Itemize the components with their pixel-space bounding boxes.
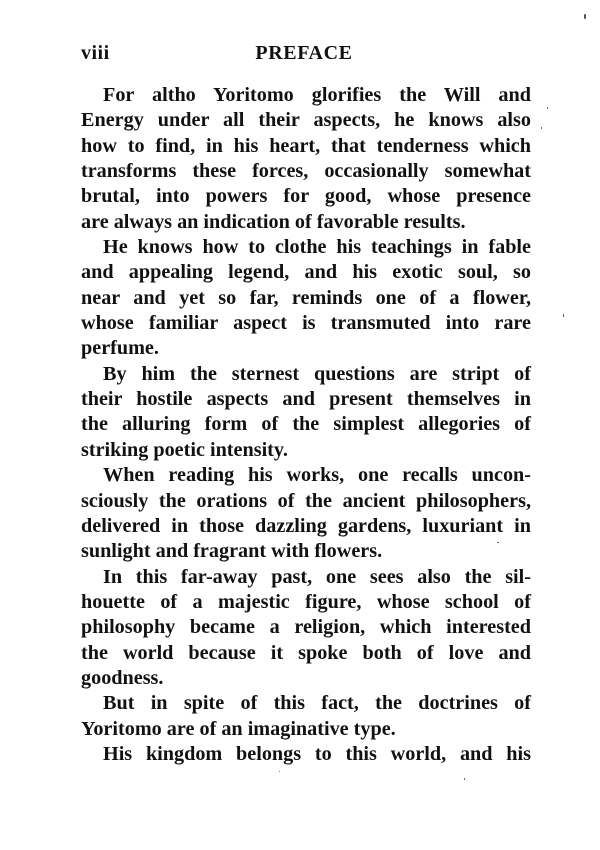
text-line: sunlight and fragrant with flowers.	[81, 539, 531, 564]
scan-speck	[279, 771, 280, 772]
scan-speck	[497, 542, 499, 543]
section-title: PREFACE	[81, 41, 527, 65]
text-line: For altho Yoritomo glorifies the Will an…	[81, 83, 531, 108]
text-line: striking poetic intensity.	[81, 438, 531, 463]
text-line: transforms these forces, occasionally so…	[81, 159, 531, 184]
running-head: viii PREFACE	[81, 41, 531, 65]
text-line: brutal, into powers for good, whose pres…	[81, 184, 531, 209]
text-line: philosophy became a religion, which inte…	[81, 615, 531, 640]
text-line: Yoritomo are of an imaginative type.	[81, 717, 531, 742]
paragraph: His kingdom belongs to this world, and h…	[81, 742, 531, 767]
text-line: goodness.	[81, 666, 531, 691]
paragraph: When reading his works, one recalls unco…	[81, 463, 531, 564]
book-page: viii PREFACE For altho Yoritomo glorifie…	[0, 0, 600, 850]
text-line: and appealing legend, and his exotic sou…	[81, 260, 531, 285]
paragraph: By him the sternest questions are stript…	[81, 362, 531, 463]
text-line: are always an indication of favorable re…	[81, 210, 531, 235]
body-text: For altho Yoritomo glorifies the Will an…	[81, 83, 531, 767]
scan-speck	[464, 778, 465, 780]
paragraph: For altho Yoritomo glorifies the Will an…	[81, 83, 531, 235]
text-line: When reading his works, one recalls unco…	[81, 463, 531, 488]
text-line: near and yet so far, reminds one of a fl…	[81, 286, 531, 311]
scan-speck	[584, 14, 586, 19]
text-line: Energy under all their aspects, he knows…	[81, 108, 531, 133]
text-line: But in spite of this fact, the doctrines…	[81, 691, 531, 716]
text-line: delivered in those dazzling gardens, lux…	[81, 514, 531, 539]
text-line: the world because it spoke both of love …	[81, 641, 531, 666]
text-line: He knows how to clothe his teachings in …	[81, 235, 531, 260]
text-line: the alluring form of the simplest allego…	[81, 412, 531, 437]
text-line: perfume.	[81, 336, 531, 361]
paragraph: But in spite of this fact, the doctrines…	[81, 691, 531, 742]
text-line: In this far-away past, one sees also the…	[81, 565, 531, 590]
paragraph: In this far-away past, one sees also the…	[81, 565, 531, 692]
text-line: His kingdom belongs to this world, and h…	[81, 742, 531, 767]
text-line: houette of a majestic figure, whose scho…	[81, 590, 531, 615]
scan-speck	[547, 107, 548, 109]
text-line: sciously the orations of the ancient phi…	[81, 489, 531, 514]
text-line: By him the sternest questions are stript…	[81, 362, 531, 387]
scan-speck	[563, 314, 564, 317]
paragraph: He knows how to clothe his teachings in …	[81, 235, 531, 362]
text-line: their hostile aspects and present themse…	[81, 387, 531, 412]
text-line: whose familiar aspect is transmuted into…	[81, 311, 531, 336]
text-line: how to find, in his heart, that tenderne…	[81, 134, 531, 159]
scan-speck	[541, 127, 542, 129]
